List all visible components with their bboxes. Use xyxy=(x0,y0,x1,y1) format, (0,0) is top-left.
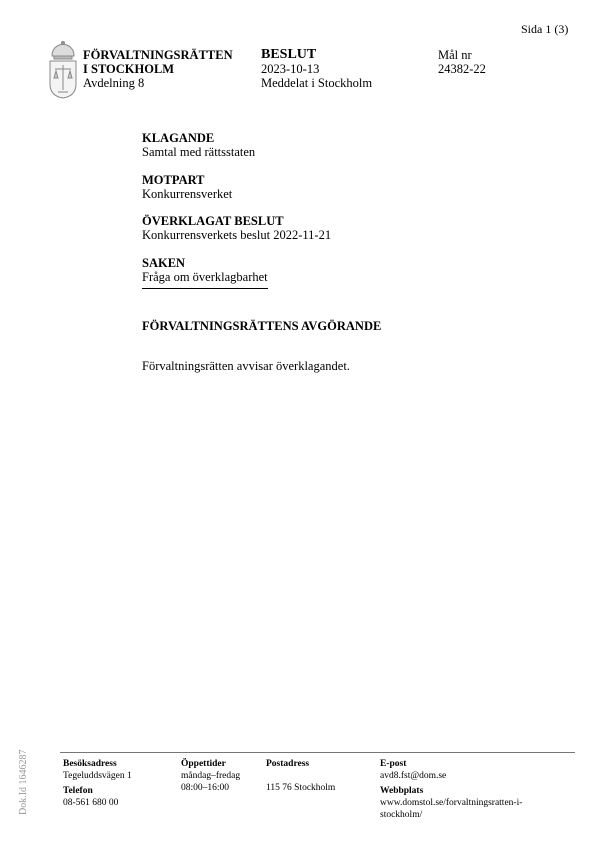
court-block: FÖRVALTNINGSRÄTTEN I STOCKHOLM Avdelning… xyxy=(83,48,233,90)
section-heading: KLAGANDE xyxy=(142,131,255,145)
section-klagande: KLAGANDE Samtal med rättsstaten xyxy=(142,131,255,159)
footer-hours: Öppettider måndag–fredag 08:00–16:00 xyxy=(181,758,240,794)
decision-block: BESLUT 2023-10-13 Meddelat i Stockholm xyxy=(261,47,372,90)
web-value-line2[interactable]: stockholm/ xyxy=(380,809,522,821)
separator-line xyxy=(142,288,268,289)
hours-days: måndag–fredag xyxy=(181,770,240,782)
footer-visit: Besöksadress Tegeluddsvägen 1 Telefon 08… xyxy=(63,758,132,809)
case-block: Mål nr 24382-22 xyxy=(438,48,486,76)
division: Avdelning 8 xyxy=(83,76,233,90)
email-label: E-post xyxy=(380,758,522,770)
doc-type: BESLUT xyxy=(261,47,372,62)
hours-time: 08:00–16:00 xyxy=(181,782,240,794)
decision-place: Meddelat i Stockholm xyxy=(261,76,372,90)
hours-label: Öppettider xyxy=(181,758,240,770)
page-number: Sida 1 (3) xyxy=(521,22,568,37)
web-value-line1[interactable]: www.domstol.se/forvaltningsratten-i- xyxy=(380,797,522,809)
case-number: 24382-22 xyxy=(438,62,486,76)
section-motpart: MOTPART Konkurrensverket xyxy=(142,173,232,201)
ruling-heading: FÖRVALTNINGSRÄTTENS AVGÖRANDE xyxy=(142,319,381,334)
footer-divider xyxy=(60,752,575,753)
visit-value: Tegeluddsvägen 1 xyxy=(63,770,132,782)
section-heading: MOTPART xyxy=(142,173,232,187)
visit-label: Besöksadress xyxy=(63,758,132,770)
document-id: Dok.Id 1646287 xyxy=(18,749,29,815)
section-overklagat-beslut: ÖVERKLAGAT BESLUT Konkurrensverkets besl… xyxy=(142,214,331,242)
section-heading: SAKEN xyxy=(142,256,268,270)
court-name-line1: FÖRVALTNINGSRÄTTEN xyxy=(83,48,233,62)
postal-value: 115 76 Stockholm xyxy=(266,782,335,794)
phone-label: Telefon xyxy=(63,785,132,797)
footer-contact: E-post avd8.fst@dom.se Webbplats www.dom… xyxy=(380,758,522,821)
section-heading: ÖVERKLAGAT BESLUT xyxy=(142,214,331,228)
court-name-line2: I STOCKHOLM xyxy=(83,62,233,76)
decision-date: 2023-10-13 xyxy=(261,62,372,76)
footer-postal: Postadress 115 76 Stockholm xyxy=(266,758,335,794)
postal-label: Postadress xyxy=(266,758,335,770)
section-text: Konkurrensverket xyxy=(142,187,232,201)
section-text: Samtal med rättsstaten xyxy=(142,145,255,159)
section-text: Konkurrensverkets beslut 2022-11-21 xyxy=(142,228,331,242)
phone-value: 08-561 680 00 xyxy=(63,797,132,809)
case-label: Mål nr xyxy=(438,48,486,62)
swedish-court-crest-icon xyxy=(46,40,80,100)
ruling-text: Förvaltningsrätten avvisar överklagandet… xyxy=(142,359,350,374)
section-text: Fråga om överklagbarhet xyxy=(142,270,268,284)
section-saken: SAKEN Fråga om överklagbarhet xyxy=(142,256,268,284)
web-label: Webbplats xyxy=(380,785,522,797)
email-value[interactable]: avd8.fst@dom.se xyxy=(380,770,522,782)
